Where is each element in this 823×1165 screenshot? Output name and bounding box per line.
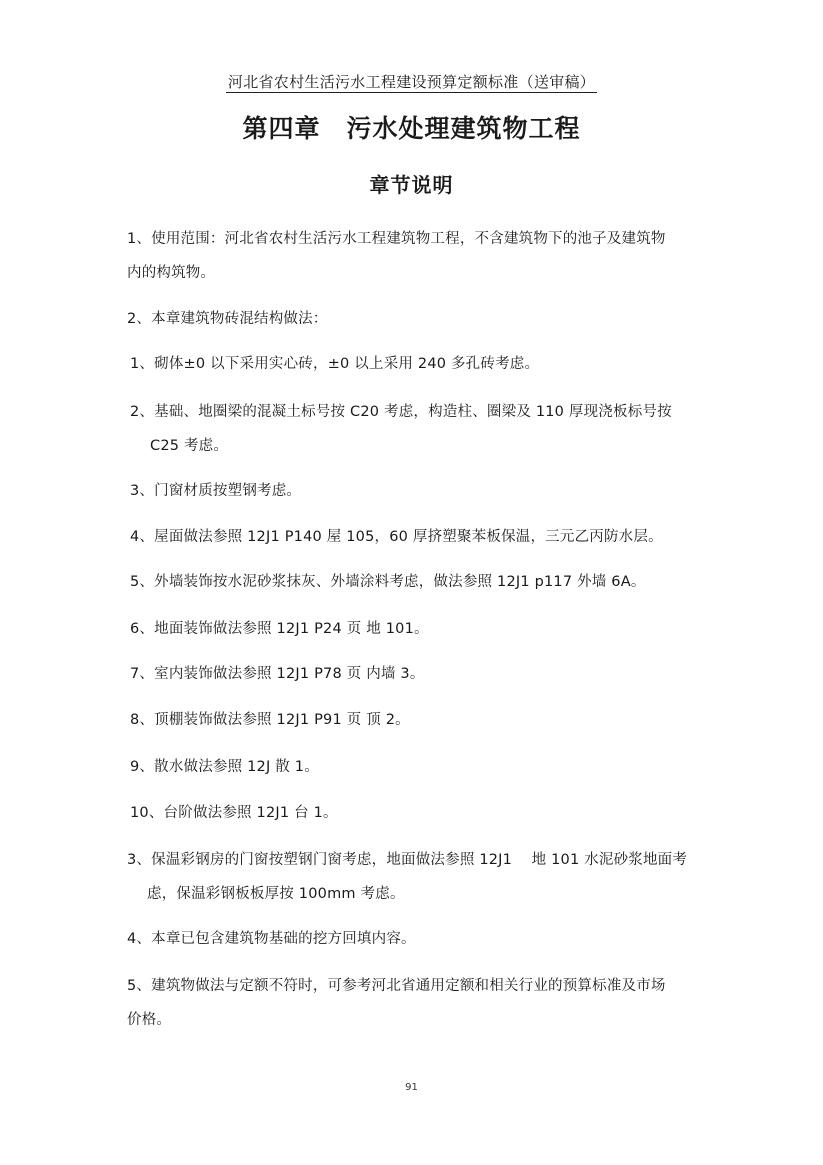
paragraph-line: 1、使用范围：河北省农村生活污水工程建筑物工程，不含建筑物下的池子及建筑物 <box>127 222 752 256</box>
paragraph-line: 1、砌体±0 以下采用实心砖，±0 以上采用 240 多孔砖考虑。 <box>130 347 755 381</box>
page-number: 91 <box>0 1082 823 1093</box>
paragraph-line: 内的构筑物。 <box>127 256 752 290</box>
paragraph-line: 5、建筑物做法与定额不符时，可参考河北省通用定额和相关行业的预算标准及市场 <box>127 969 752 1003</box>
subitem-doors-windows: 3、门窗材质按塑钢考虑。 <box>130 474 755 508</box>
paragraph-brick-concrete: 2、本章建筑物砖混结构做法： <box>127 302 752 336</box>
paragraph-line: 8、顶棚装饰做法参照 12J1 P91 页 顶 2。 <box>130 703 755 737</box>
paragraph-line: C25 考虑。 <box>130 429 755 463</box>
paragraph-line: 2、本章建筑物砖混结构做法： <box>127 302 752 336</box>
subitem-masonry: 1、砌体±0 以下采用实心砖，±0 以上采用 240 多孔砖考虑。 <box>130 347 755 381</box>
document-page: 河北省农村生活污水工程建设预算定额标准（送审稿） 第四章污水处理建筑物工程 章节… <box>0 0 823 1165</box>
section-title: 章节说明 <box>0 170 823 200</box>
paragraph-line: 7、室内装饰做法参照 12J1 P78 页 内墙 3。 <box>130 657 755 691</box>
subitem-floor: 6、地面装饰做法参照 12J1 P24 页 地 101。 <box>130 612 755 646</box>
paragraph-line: 价格。 <box>127 1003 752 1037</box>
subitem-apron: 9、散水做法参照 12J 散 1。 <box>130 750 755 784</box>
subitem-steps: 10、台阶做法参照 12J1 台 1。 <box>130 796 755 830</box>
subitem-roof: 4、屋面做法参照 12J1 P140 屋 105，60 厚挤塑聚苯板保温，三元乙… <box>130 520 755 554</box>
paragraph-line: 3、门窗材质按塑钢考虑。 <box>130 474 755 508</box>
paragraph-insulated-steel-house: 3、保温彩钢房的门窗按塑钢门窗考虑，地面做法参照 12J1 地 101 水泥砂浆… <box>127 843 752 911</box>
paragraph-line: 4、本章已包含建筑物基础的挖方回填内容。 <box>127 922 752 956</box>
paragraph-line: 9、散水做法参照 12J 散 1。 <box>130 750 755 784</box>
paragraph-line: 10、台阶做法参照 12J1 台 1。 <box>130 796 755 830</box>
paragraph-line: 5、外墙装饰按水泥砂浆抹灰、外墙涂料考虑，做法参照 12J1 p117 外墙 6… <box>130 565 755 599</box>
subitem-concrete-grade: 2、基础、地圈梁的混凝土标号按 C20 考虑，构造柱、圈梁及 110 厚现浇板标… <box>130 395 755 463</box>
subitem-ceiling: 8、顶棚装饰做法参照 12J1 P91 页 顶 2。 <box>130 703 755 737</box>
paragraph-line: 3、保温彩钢房的门窗按塑钢门窗考虑，地面做法参照 12J1 地 101 水泥砂浆… <box>127 843 752 877</box>
paragraph-excavation-backfill: 4、本章已包含建筑物基础的挖方回填内容。 <box>127 922 752 956</box>
paragraph-line: 虑，保温彩钢板板厚按 100mm 考虑。 <box>127 877 752 911</box>
chapter-name: 污水处理建筑物工程 <box>347 114 581 143</box>
paragraph-scope: 1、使用范围：河北省农村生活污水工程建筑物工程，不含建筑物下的池子及建筑物 内的… <box>127 222 752 290</box>
paragraph-line: 2、基础、地圈梁的混凝土标号按 C20 考虑，构造柱、圈梁及 110 厚现浇板标… <box>130 395 755 429</box>
chapter-title: 第四章污水处理建筑物工程 <box>0 112 823 146</box>
running-header-text: 河北省农村生活污水工程建设预算定额标准（送审稿） <box>226 73 597 93</box>
running-header: 河北省农村生活污水工程建设预算定额标准（送审稿） <box>0 72 823 92</box>
paragraph-line: 6、地面装饰做法参照 12J1 P24 页 地 101。 <box>130 612 755 646</box>
subitem-exterior-wall: 5、外墙装饰按水泥砂浆抹灰、外墙涂料考虑，做法参照 12J1 p117 外墙 6… <box>130 565 755 599</box>
paragraph-nonconforming: 5、建筑物做法与定额不符时，可参考河北省通用定额和相关行业的预算标准及市场 价格… <box>127 969 752 1037</box>
paragraph-line: 4、屋面做法参照 12J1 P140 屋 105，60 厚挤塑聚苯板保温，三元乙… <box>130 520 755 554</box>
chapter-number: 第四章 <box>242 114 320 143</box>
subitem-interior-wall: 7、室内装饰做法参照 12J1 P78 页 内墙 3。 <box>130 657 755 691</box>
